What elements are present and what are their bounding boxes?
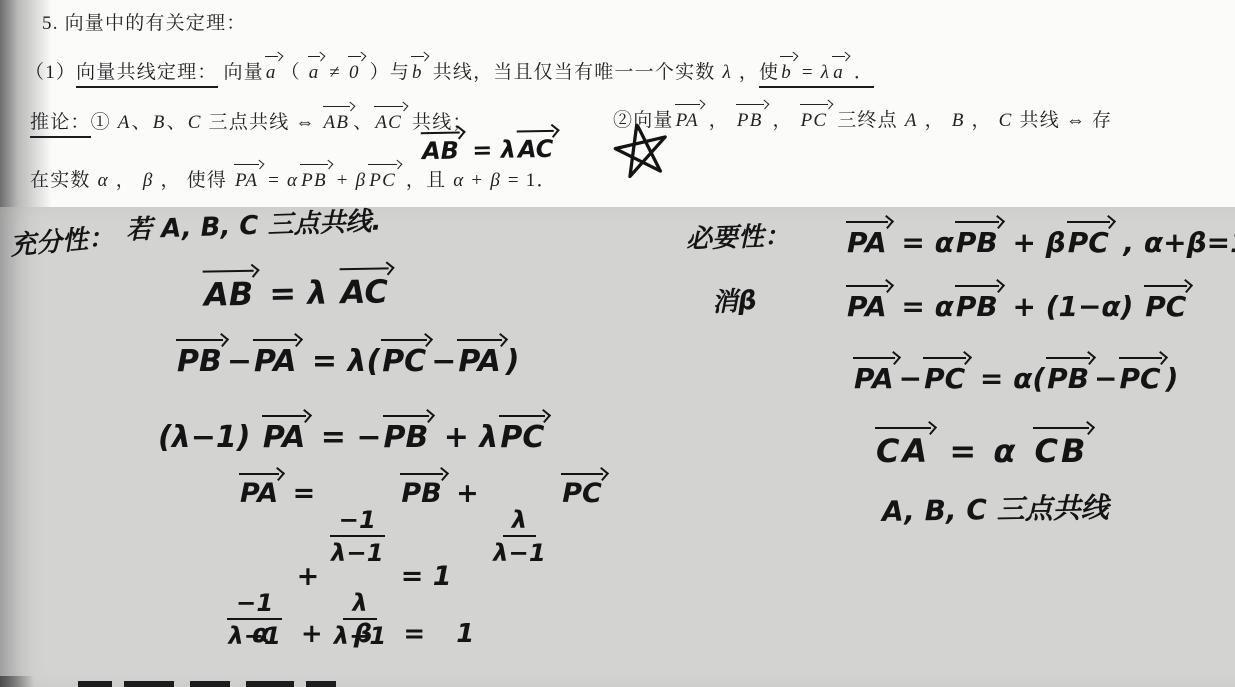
sufficiency-step4: PA = −1λ−1 PB + λλ−1 PC [238,472,607,566]
necessity-step3: CA = α CB [874,426,1093,471]
lecture-page: 5. 向量中的有关定理： （1）向量共线定理： 向量a（ a ≠ 0 ）与b 共… [0,0,1235,687]
sufficiency-step1: AB = λ AC [202,266,394,314]
printed-heading: 5. 向量中的有关定理： [42,10,246,39]
necessity-conclusion: A, B, C 三点共线 [882,490,1109,529]
necessity-step1: PA = αPB + (1−α) PC [845,284,1191,324]
star-icon [608,117,675,182]
sufficiency-step3: (λ−1) PA = −PB + λPC [158,414,549,457]
necessity-given: PA = αPB + βPC , α+β=1 [845,220,1235,260]
corollary-continuation-line: 在实数 α ， β ， 使得 PA = αPB + βPC ，且 α + β =… [30,164,557,196]
collinear-theorem-line: （1）向量共线定理： 向量a（ a ≠ 0 ）与b 共线，当且仅当有唯一一个实数… [25,56,874,88]
annotation-ab-eq-lambda-ac: AB = λAC [420,129,559,166]
corollary-line-left: 推论：① A、B、C 三点共线 ⇔ AB、AC 共线； [30,106,473,138]
corollary-line-right: ②向量PA ， PB ， PC 三终点 A ， B ， C 共线 ⇔ 存 [613,104,1112,136]
eliminate-beta-label: 消β [711,285,757,320]
necessity-heading: 必要性： [685,220,790,256]
cropped-text-fragment [78,681,336,687]
sufficiency-step2: PB−PA = λ(PC−PA) [175,338,520,381]
necessity-step2: PA−PC = α(PB−PC) [852,356,1178,396]
bottom-left-shadow [0,676,34,687]
sufficiency-step6: α + β = 1 [252,618,474,651]
